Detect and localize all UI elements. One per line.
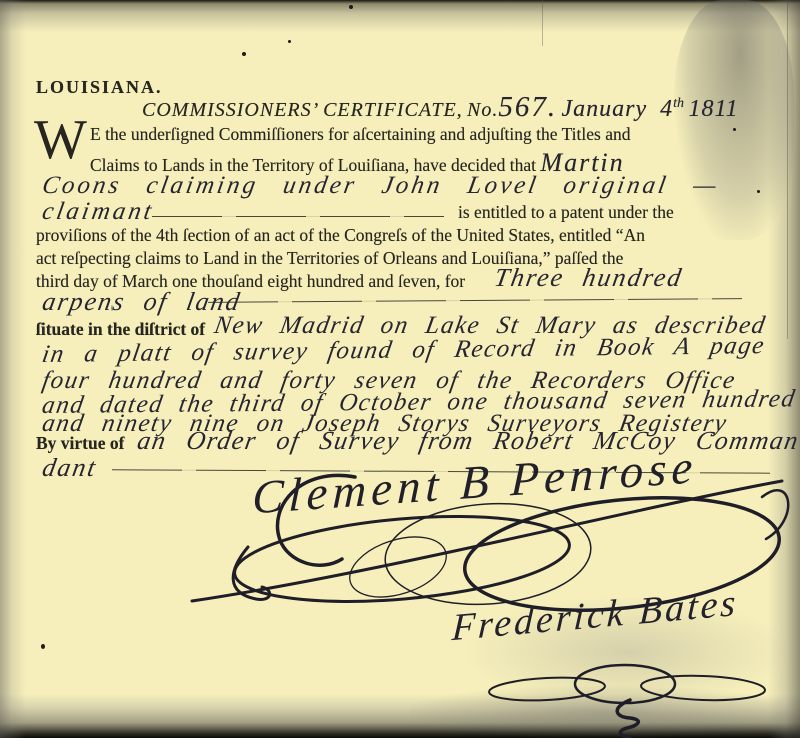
certificate-document: LOUISIANA. COMMISSIONERS’ CERTIFICATE, N… [0,0,800,738]
scan-edge-top [0,0,800,32]
fill-in-rule [208,298,742,303]
signature-bates-flourish [485,662,775,738]
flourish-tail [617,700,638,737]
flourish-ellipse-left [489,675,606,703]
by-virtue-label: By virtue of [36,433,124,454]
ink-speck [349,5,353,9]
signature-flourish-end-hook [762,490,788,539]
body-line-1: E the underſigned Commiſſioners for aſce… [90,124,630,145]
scan-edge-left [0,0,26,738]
date-ordinal: th [673,96,684,111]
hand-line-claimant: claimant [40,198,156,226]
hand-order-of-survey: an Order of Survey from Robert McCoy Com… [135,426,800,456]
certificate-year: 1811 [688,96,738,122]
fill-in-rule [152,216,444,217]
body-line-4-printed: is entitled to a patent under the [458,202,674,223]
ink-speck [242,52,246,56]
dropcap-W: W [34,117,87,165]
flourish-ellipse-center [575,665,675,703]
certificate-title: COMMISSIONERS’ CERTIFICATE, [142,99,463,121]
ink-speck [288,40,291,43]
certificate-no-label: No. [467,99,498,121]
certificate-title-line: COMMISSIONERS’ CERTIFICATE, No.567. Janu… [142,91,739,124]
certificate-number: 567. [498,91,557,123]
hand-line-claiming: Coons claiming under John Lovel original… [40,172,721,200]
hand-dant: dant [40,453,100,483]
body-line-9-printed: ſituate in the diſtrict of [36,319,205,340]
ink-speck [757,190,760,193]
hand-acreage: Three hundred [492,263,685,293]
scan-line-right [787,0,789,339]
signature-penrose-name: Clement B Penrose [252,455,699,524]
certificate-date: January 4 [562,96,674,122]
paper-crease [542,0,543,46]
ink-speck [41,644,45,649]
body-line-5: proviſions of the 4th ſection of an act … [36,225,645,246]
scan-edge-right [768,0,800,738]
ink-speck [733,128,736,131]
